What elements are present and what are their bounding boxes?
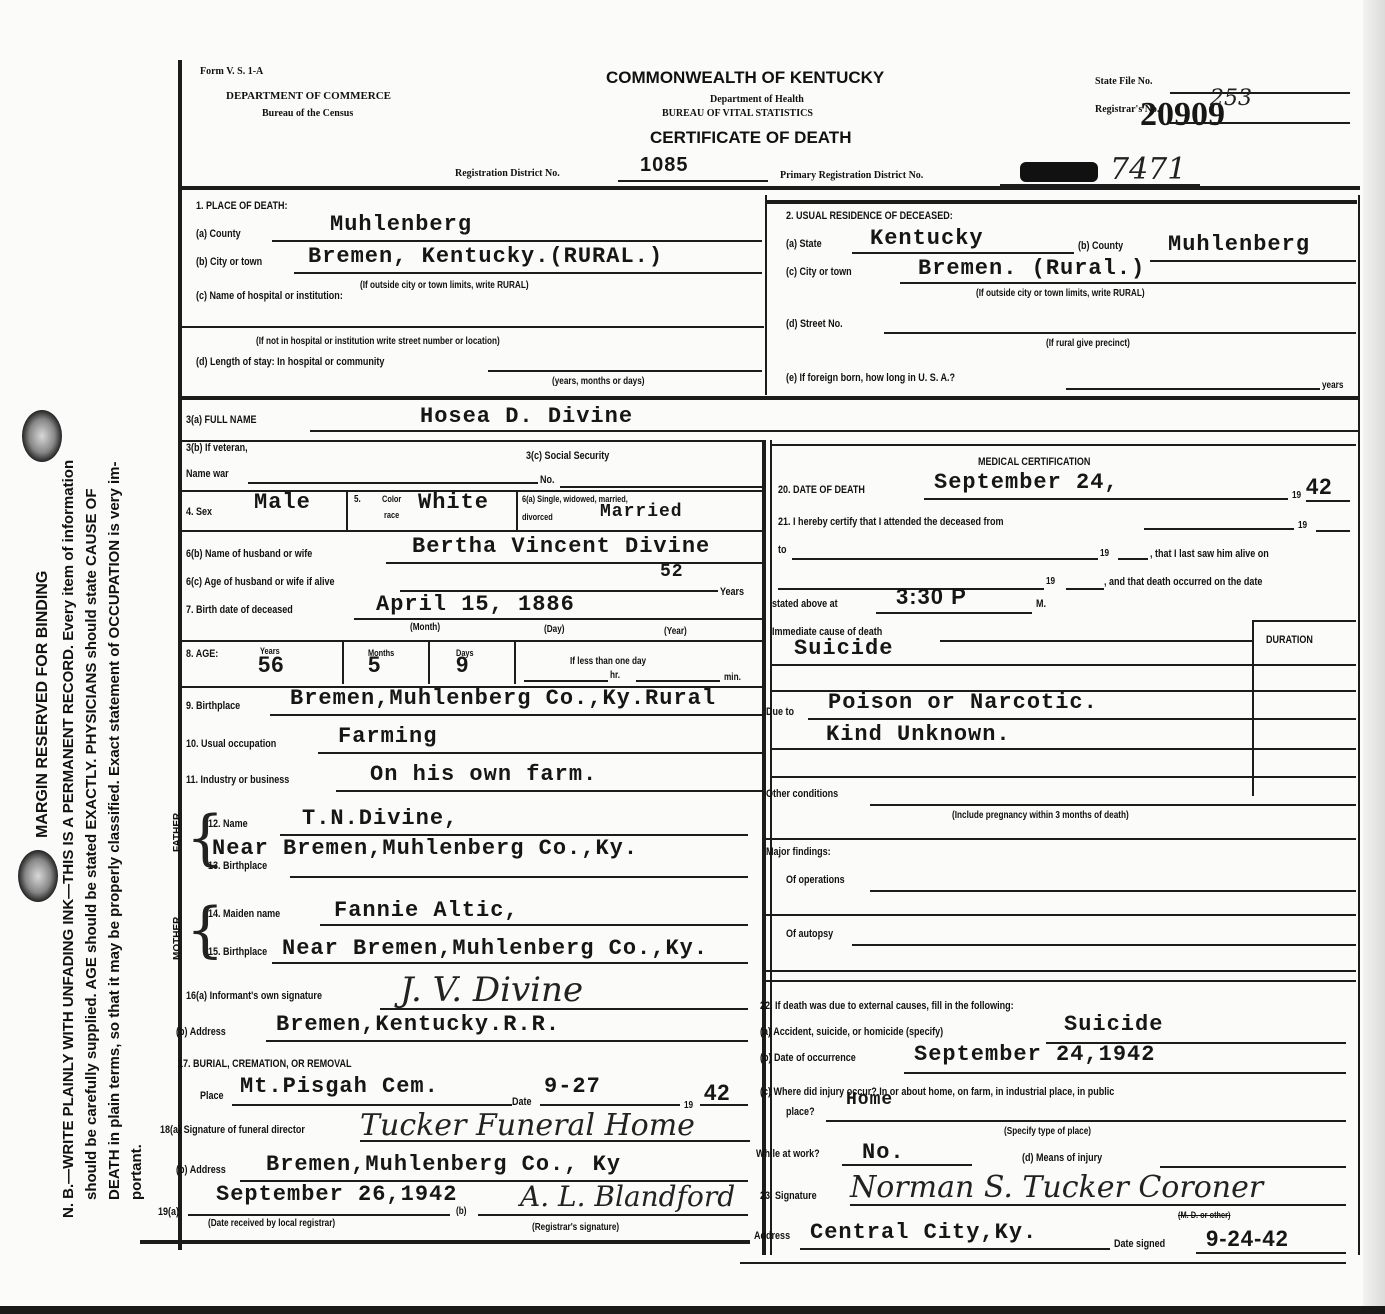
margin-reserved-label: MARGIN RESERVED FOR BINDING — [34, 571, 52, 838]
registrar-date-value[interactable]: September 26,1942 — [216, 1182, 457, 1207]
last-saw-19: 19 — [1046, 576, 1055, 587]
operations-line-2 — [766, 914, 1356, 916]
certifier-sig-field — [850, 1204, 1346, 1206]
father-name-value[interactable]: T.N.Divine, — [302, 806, 458, 831]
pod-hospital-label: (c) Name of hospital or institution: — [196, 290, 343, 302]
pod-location-hint: (If not in hospital or institution write… — [256, 336, 500, 347]
funeral-signature[interactable]: Tucker Funeral Home — [360, 1108, 695, 1143]
dept-commerce: DEPARTMENT OF COMMERCE — [226, 90, 391, 102]
burial-date-label: Date — [512, 1096, 532, 1108]
birth-date-label: 7. Birth date of deceased — [186, 604, 293, 616]
name-war-field[interactable] — [248, 482, 538, 484]
external-date-field — [904, 1072, 1346, 1074]
father-birthplace-label: 13. Birthplace — [208, 860, 267, 872]
residence-top-rule — [765, 200, 1357, 204]
age-years-value[interactable]: 56 — [258, 652, 284, 678]
color-value[interactable]: White — [418, 490, 489, 515]
informant-sig-field — [380, 1008, 748, 1010]
dod-label: 20. DATE OF DEATH — [778, 484, 865, 496]
attended-from-19: 19 — [1298, 520, 1307, 531]
burial-date-field — [540, 1104, 680, 1106]
page-edge-shadow — [1363, 0, 1385, 1306]
dod-year-value[interactable]: 42 — [1306, 474, 1332, 500]
immediate-cause-field — [940, 640, 1252, 642]
death-certificate-page: MARGIN RESERVED FOR BINDING N. B.—WRITE … — [0, 0, 1385, 1306]
due-to-field-3 — [772, 776, 1356, 778]
registrar-no-field — [1170, 122, 1350, 124]
dod-year-field — [1306, 500, 1350, 502]
duration-box-left — [1252, 620, 1254, 796]
spouse-label: 6(b) Name of husband or wife — [186, 548, 312, 560]
father-birthplace-field — [290, 876, 748, 878]
funeral-sig-field — [360, 1140, 750, 1142]
due-to-label: Due to — [766, 706, 794, 718]
pod-county-label: (a) County — [196, 228, 241, 240]
certifier-signature[interactable]: Norman S. Tucker Coroner — [850, 1170, 1263, 1205]
attended-to-year-field[interactable] — [1118, 558, 1148, 560]
day-hint: (Day) — [544, 624, 565, 635]
last-saw-label: , that I last saw him alive on — [1150, 548, 1269, 560]
rule-after-name — [178, 440, 766, 442]
pod-city-value[interactable]: Bremen, Kentucky.(RURAL.) — [308, 244, 663, 269]
binding-hole-icon — [22, 410, 62, 462]
informant-address-label: (b) Address — [176, 1026, 226, 1038]
m-label: M. — [1036, 598, 1046, 610]
pod-county-field — [272, 240, 762, 242]
external-place-hint: (Specify type of place) — [1004, 1126, 1091, 1137]
column-divider-top — [765, 195, 767, 395]
findings-top-rule — [766, 838, 1356, 840]
time-of-death-value[interactable]: 3:30 P — [896, 584, 967, 610]
age-days-value[interactable]: 9 — [456, 652, 469, 678]
divorced-label: divorced — [522, 512, 553, 522]
due-to-field-2 — [772, 748, 1356, 750]
mother-name-field — [320, 924, 748, 926]
margin-instruction-line-2: should be carefully supplied. AGE should… — [83, 488, 100, 1200]
spouse-years-label: Years — [720, 586, 744, 598]
mother-birthplace-field — [272, 962, 748, 964]
age-div-2 — [428, 642, 430, 684]
section-rule-1 — [178, 396, 1358, 400]
occurred-label: , and that death occurred on the date — [1104, 576, 1262, 588]
primary-district-field — [1000, 184, 1200, 186]
industry-field — [336, 790, 762, 792]
pod-city-hint: (If outside city or town limits, write R… — [360, 280, 529, 291]
ss-label: 3(c) Social Security — [526, 450, 609, 462]
burial-year-field — [700, 1104, 748, 1106]
attended-from-year-field[interactable] — [1316, 530, 1350, 532]
burial-place-value[interactable]: Mt.Pisgah Cem. — [240, 1074, 439, 1099]
burial-place-field — [232, 1104, 512, 1106]
burial-heading: 17. BURIAL, CREMATION, OR REMOVAL — [178, 1058, 352, 1070]
to-label: to — [778, 544, 787, 556]
res-city-label: (c) City or town — [786, 266, 852, 278]
date-signed-label: Date signed — [1114, 1238, 1165, 1250]
sex-label: 4. Sex — [186, 506, 212, 518]
attended-to-field[interactable] — [792, 558, 1098, 560]
burial-place-label: Place — [200, 1090, 224, 1102]
external-place-label: place? — [786, 1106, 815, 1118]
pregnancy-hint: (Include pregnancy within 3 months of de… — [952, 810, 1129, 821]
major-findings-label: Major findings: — [766, 846, 831, 858]
date-signed-field — [1196, 1252, 1346, 1254]
birth-date-field — [354, 618, 762, 620]
color-num: 5. — [354, 494, 361, 505]
dod-value[interactable]: September 24, — [934, 470, 1119, 495]
immediate-cause-value[interactable]: Suicide — [794, 636, 893, 661]
registrar-sig-field — [478, 1214, 748, 1216]
other-conditions-label: Other conditions — [766, 788, 838, 800]
certifier-address-label: Address — [754, 1230, 790, 1242]
full-name-value[interactable]: Hosea D. Divine — [420, 404, 633, 429]
pod-county-value[interactable]: Muhlenberg — [330, 212, 472, 237]
year-hint: (Year) — [664, 626, 687, 637]
ss-no-label: No. — [540, 474, 555, 486]
res-foreign-field[interactable] — [1066, 388, 1320, 390]
primary-district-value[interactable]: 7471 — [1110, 152, 1186, 187]
father-birthplace-value[interactable]: Near Bremen,Muhlenberg Co.,Ky. — [212, 836, 638, 861]
last-saw-year-field[interactable] — [1066, 588, 1104, 590]
binding-hole-icon — [18, 850, 58, 902]
place-of-death-heading: 1. PLACE OF DEATH: — [196, 200, 288, 212]
findings-bottom-rule — [766, 980, 1356, 982]
age-months-value[interactable]: 5 — [368, 652, 381, 678]
informant-signature[interactable]: J. V. Divine — [400, 970, 583, 1010]
at-work-field — [842, 1164, 972, 1166]
at-work-value[interactable]: No. — [862, 1140, 905, 1165]
res-city-hint: (If outside city or town limits, write R… — [976, 288, 1145, 299]
funeral-sig-label: 18(a) Signature of funeral director — [160, 1124, 305, 1136]
race-label: race — [384, 510, 399, 520]
margin-instruction-line-4: portant. — [128, 1144, 145, 1200]
veteran-label: 3(b) If veteran, — [186, 442, 248, 454]
dod-field — [924, 498, 1288, 500]
funeral-address-value[interactable]: Bremen,Muhlenberg Co., Ky — [266, 1152, 621, 1177]
external-type-label: (a) Accident, suicide, or homicide (spec… — [760, 1026, 943, 1038]
birthplace-label: 9. Birthplace — [186, 700, 240, 712]
attended-from-field[interactable] — [1144, 528, 1294, 530]
external-place-value[interactable]: Home — [846, 1090, 893, 1110]
dod-year-prefix: 19 — [1292, 490, 1301, 501]
medical-top-rule — [772, 444, 1356, 446]
certifier-title-hint: (M. D. or other) — [1178, 1210, 1230, 1220]
res-state-label: (a) State — [786, 238, 822, 250]
full-name-field — [310, 430, 1358, 432]
certificate-title: CERTIFICATE OF DEATH — [650, 128, 851, 148]
color-label: Color — [382, 494, 401, 504]
pod-city-field — [294, 272, 762, 274]
operations-field[interactable] — [870, 890, 1356, 892]
certifier-address-value[interactable]: Central City,Ky. — [810, 1220, 1037, 1245]
spouse-age-value[interactable]: 52 — [660, 562, 684, 582]
res-foreign-label: (e) If foreign born, how long in U. S. A… — [786, 372, 955, 384]
certifier-sig-label: 23. Signature — [760, 1190, 817, 1202]
state-file-field[interactable] — [1170, 92, 1350, 94]
reg-district-label: Registration District No. — [455, 168, 560, 179]
funeral-address-label: (b) Address — [176, 1164, 226, 1176]
pod-stay-hint: (years, months or days) — [552, 376, 645, 387]
informant-address-value[interactable]: Bremen,Kentucky.R.R. — [276, 1012, 560, 1037]
res-street-hint: (If rural give precinct) — [1046, 338, 1130, 349]
hr-label: hr. — [610, 670, 620, 681]
mother-birthplace-value[interactable]: Near Bremen,Muhlenberg Co.,Ky. — [282, 936, 708, 961]
due-to-value-1[interactable]: Poison or Narcotic. — [828, 690, 1098, 715]
state-file-label: State File No. — [1095, 76, 1153, 87]
res-city-field — [900, 282, 1356, 284]
autopsy-line-2 — [766, 970, 1356, 972]
month-hint: (Month) — [410, 622, 440, 633]
external-type-value[interactable]: Suicide — [1064, 1012, 1163, 1037]
at-work-label: While at work? — [756, 1148, 820, 1160]
res-county-value[interactable]: Muhlenberg — [1168, 232, 1310, 257]
industry-value[interactable]: On his own farm. — [370, 762, 597, 787]
external-date-label: (b) Date of occurrence — [760, 1052, 856, 1064]
burial-date-value[interactable]: 9-27 — [544, 1074, 601, 1099]
sex-divider — [346, 492, 348, 530]
father-name-label: 12. Name — [208, 818, 248, 830]
informant-sig-label: 16(a) Informant's own signature — [186, 990, 322, 1002]
spouse-value[interactable]: Bertha Vincent Divine — [412, 534, 710, 559]
reg-district-field — [618, 180, 768, 182]
res-street-label: (d) Street No. — [786, 318, 843, 330]
certify-label: 21. I hereby certify that I attended the… — [778, 516, 1004, 528]
age-div-3 — [514, 642, 516, 684]
residence-heading: 2. USUAL RESIDENCE OF DECEASED: — [786, 210, 953, 222]
res-state-field — [852, 252, 1074, 254]
operations-label: Of operations — [786, 874, 845, 886]
bureau-vital-statistics: BUREAU OF VITAL STATISTICS — [662, 108, 813, 119]
res-street-field[interactable] — [884, 332, 1356, 334]
pod-rule — [178, 326, 764, 328]
name-war-label: Name war — [186, 468, 229, 480]
registrar-date-field — [188, 1214, 450, 1216]
hr-field[interactable] — [524, 680, 608, 682]
mother-birthplace-label: 15. Birthplace — [208, 946, 267, 958]
registrar-signature[interactable]: A. L. Blandford — [520, 1180, 735, 1213]
color-divider — [516, 492, 518, 530]
commonwealth-title: COMMONWEALTH OF KENTUCKY — [606, 68, 884, 88]
age-div-1 — [342, 642, 344, 684]
sex-value[interactable]: Male — [254, 490, 311, 515]
birth-date-value[interactable]: April 15, 1886 — [376, 592, 575, 617]
autopsy-field[interactable] — [852, 944, 1356, 946]
time-of-death-field — [876, 612, 1032, 614]
registrar-sig-label: (b) — [456, 1206, 466, 1217]
res-county-label: (b) County — [1078, 240, 1123, 252]
registrar-date-hint: (Date received by local registrar) — [208, 1218, 335, 1229]
margin-instruction-line-3: DEATH in plain terms, so that it may be … — [106, 461, 123, 1200]
full-name-label: 3(a) FULL NAME — [186, 414, 256, 426]
cause-line-2 — [772, 664, 1356, 666]
res-state-value[interactable]: Kentucky — [870, 226, 984, 251]
external-heading: 22. If death was due to external causes,… — [760, 1000, 1014, 1012]
redaction-block — [1020, 162, 1098, 182]
reg-district-value[interactable]: 1085 — [640, 154, 689, 177]
means-of-injury-field[interactable] — [1160, 1166, 1346, 1168]
occupation-label: 10. Usual occupation — [186, 738, 276, 750]
rule-before-age — [178, 640, 766, 642]
external-place-field — [826, 1120, 1346, 1122]
mother-name-value[interactable]: Fannie Altic, — [334, 898, 519, 923]
less-day-label: If less than one day — [570, 656, 646, 667]
res-city-value[interactable]: Bremen. (Rural.) — [918, 256, 1145, 281]
bureau-census: Bureau of the Census — [262, 108, 353, 119]
autopsy-label: Of autopsy — [786, 928, 833, 940]
due-to-value-2[interactable]: Kind Unknown. — [826, 722, 1011, 747]
primary-district-label: Primary Registration District No. — [780, 170, 923, 181]
medical-heading: MEDICAL CERTIFICATION — [978, 456, 1090, 468]
min-label: min. — [724, 672, 741, 683]
marital-value[interactable]: Married — [600, 502, 683, 522]
mother-name-label: 14. Maiden name — [208, 908, 280, 920]
mother-tag: MOTHER — [172, 917, 183, 960]
form-number: Form V. S. 1-A — [200, 66, 263, 77]
age-label: 8. AGE: — [186, 648, 218, 660]
due-to-field-1 — [808, 718, 1356, 720]
dept-health: Department of Health — [710, 94, 804, 105]
occupation-field — [318, 752, 762, 754]
means-of-injury-label: (d) Means of injury — [1022, 1152, 1102, 1164]
duration-box-top — [1252, 620, 1356, 622]
informant-address-field — [266, 1040, 748, 1042]
external-date-value[interactable]: September 24,1942 — [914, 1042, 1155, 1067]
spouse-field — [386, 562, 762, 564]
father-tag: FATHER — [172, 813, 183, 852]
registrar-sig-hint: (Registrar's signature) — [532, 1222, 619, 1233]
duration-label: DURATION — [1266, 634, 1313, 646]
birthplace-field — [270, 714, 762, 716]
pod-stay-field[interactable] — [488, 370, 762, 372]
res-county-field — [1150, 260, 1356, 262]
date-signed-value[interactable]: 9-24-42 — [1206, 1226, 1289, 1252]
industry-label: 11. Industry or business — [186, 774, 289, 786]
pod-stay-label: (d) Length of stay: In hospital or commu… — [196, 356, 384, 368]
res-years-label: years — [1322, 380, 1343, 391]
stated-label: stated above at — [772, 598, 838, 610]
spouse-age-label: 6(c) Age of husband or wife if alive — [186, 576, 335, 588]
bottom-rule-right — [740, 1262, 1346, 1264]
bottom-rule-left — [140, 1240, 750, 1244]
pod-city-label: (b) City or town — [196, 256, 262, 268]
registrar-date-label: 19(a) — [158, 1206, 179, 1218]
ss-no-field[interactable] — [560, 486, 762, 488]
min-field[interactable] — [636, 680, 720, 682]
occupation-value[interactable]: Farming — [338, 724, 437, 749]
attended-to-19: 19 — [1100, 548, 1109, 559]
form-left-border — [178, 60, 182, 1250]
external-where-label: (c) Where did injury occur? In or about … — [760, 1086, 1114, 1098]
other-conditions-field[interactable] — [870, 804, 1356, 806]
margin-instruction-line-1: N. B.—WRITE PLAINLY WITH UNFADING INK—TH… — [60, 460, 77, 1218]
certifier-address-field — [800, 1248, 1110, 1250]
form-right-border — [1358, 195, 1360, 1255]
registrar-no-handwritten: 253 — [1210, 86, 1252, 111]
rule-after-sex — [178, 530, 766, 532]
burial-year-value[interactable]: 42 — [704, 1080, 730, 1106]
birthplace-value[interactable]: Bremen,Muhlenberg Co.,Ky.Rural — [290, 686, 716, 711]
